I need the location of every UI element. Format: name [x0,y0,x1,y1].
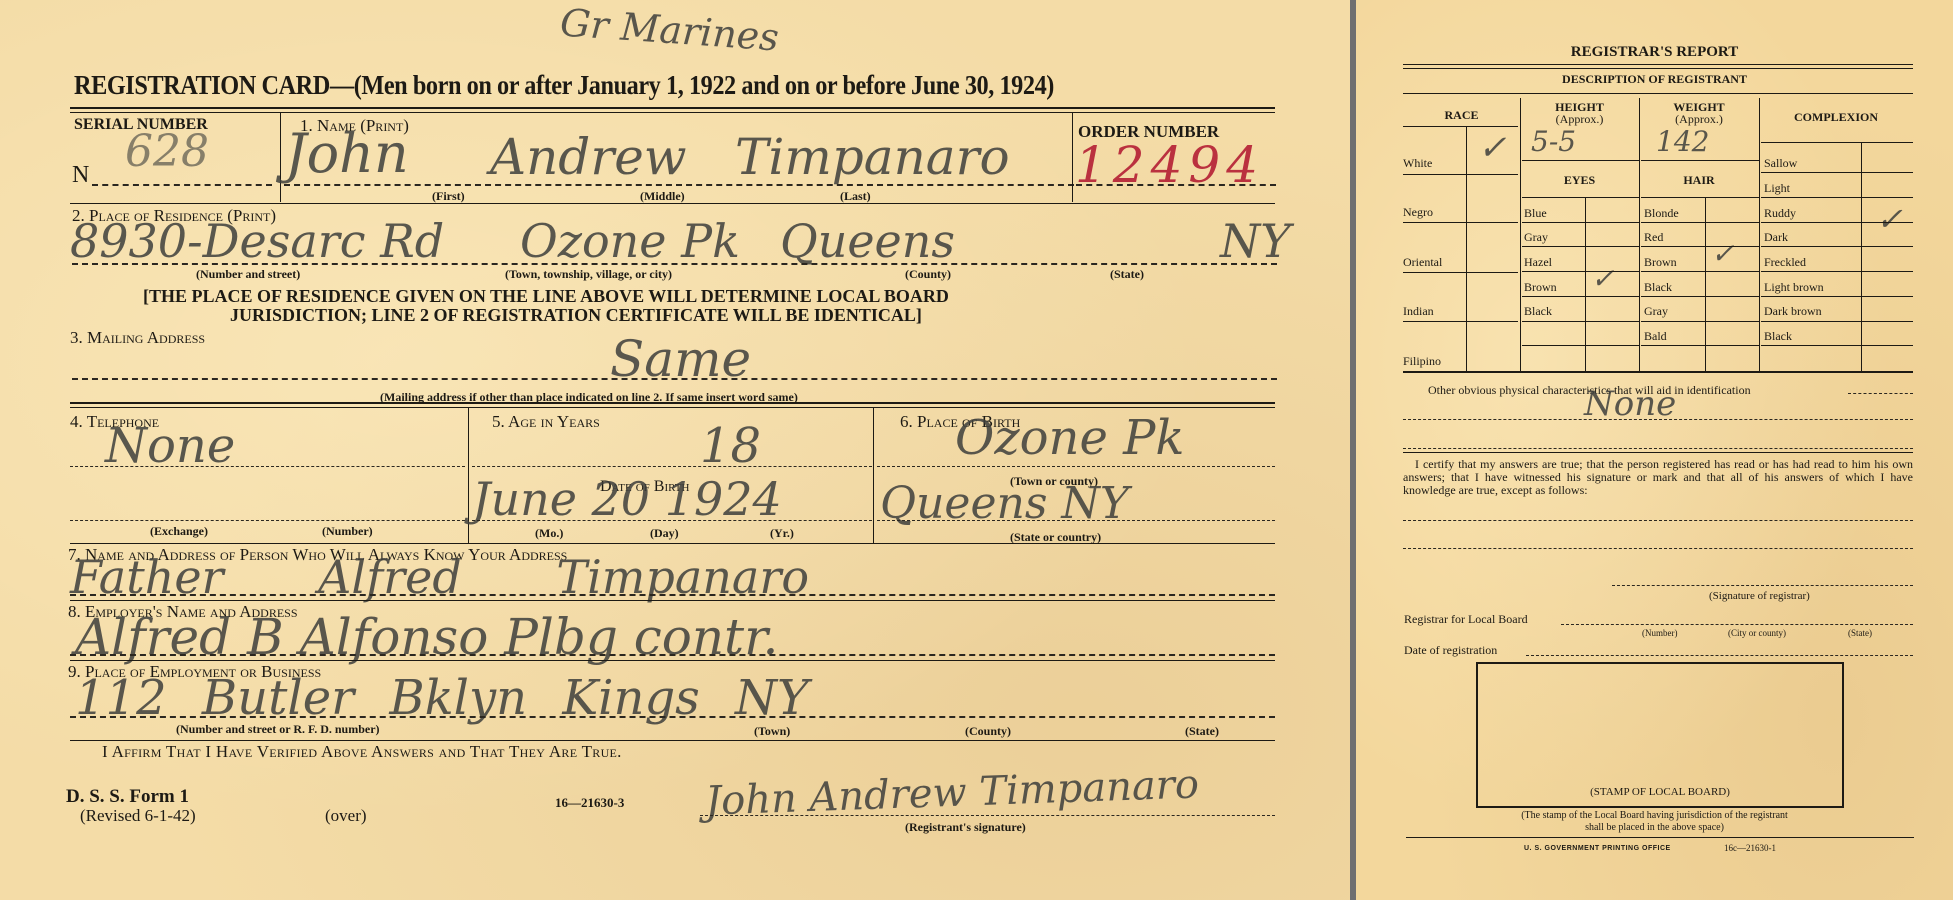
age-label: 5. Age in Years [492,412,600,432]
date-registration-label: Date of registration [1404,643,1497,658]
sub-exchange: (Exchange) [150,524,208,539]
hair-brown: Brown [1644,255,1677,270]
complexion-black: Black [1764,329,1792,344]
sub-day: (Day) [650,526,679,541]
residence-notice-1: [THE PLACE OF RESIDENCE GIVEN ON THE LIN… [143,286,949,307]
complexion-freckled: Freckled [1764,255,1806,270]
complexion-light: Light [1764,181,1790,196]
sub-street: (Number and street) [196,267,300,282]
complexion-dark: Dark [1764,230,1788,245]
race-check-icon[interactable]: ✓ [1478,128,1507,168]
complexion-dark-brown: Dark brown [1764,304,1822,319]
local-board-label: Registrar for Local Board [1404,612,1528,627]
affirmation-text: I Affirm That I Have Verified Above Answ… [102,742,622,762]
form-over: (over) [325,806,367,826]
sub-first: (First) [432,189,465,204]
birthplace-state[interactable]: Queens NY [880,478,1129,529]
hair-bald: Bald [1644,329,1667,344]
other-characteristics-value[interactable]: None [1584,384,1676,424]
race-indian: Indian [1403,304,1434,319]
certification-text: I certify that my answers are true; that… [1403,458,1913,497]
hair-check-icon[interactable]: ✓ [1711,237,1734,270]
printer-code: 16c—21630-1 [1724,843,1776,853]
race-oriental: Oriental [1403,255,1442,270]
sub-county: (County) [905,267,951,282]
form-revised: (Revised 6-1-42) [80,806,196,826]
complexion-sallow: Sallow [1764,156,1797,171]
residence-notice-2: JURISDICTION; LINE 2 OF REGISTRATION CER… [230,305,922,326]
mailing-label: 3. Mailing Address [70,328,205,348]
hair-blonde: Blonde [1644,206,1679,221]
race-filipino: Filipino [1403,354,1441,369]
sub-middle: (Middle) [640,189,685,204]
sub-board-number: (Number) [1642,628,1678,638]
complexion-ruddy: Ruddy [1764,206,1796,221]
eyes-hazel: Hazel [1524,255,1552,270]
name-first[interactable]: John [285,122,409,185]
sub-number: (Number) [322,524,373,539]
signature-sub: (Registrant's signature) [905,820,1026,835]
stamp-box: (STAMP OF LOCAL BOARD) [1476,662,1844,808]
sub-emp-town: (Town) [754,724,790,739]
weight-value[interactable]: 142 [1656,125,1709,158]
hair-black: Black [1644,280,1672,295]
registration-card-front: Gr Marines REGISTRATION CARD—(Men born o… [0,0,1350,900]
race-white: White [1403,156,1432,171]
hair-red: Red [1644,230,1663,245]
complexion-header: COMPLEXION [1759,110,1913,125]
complexion-check-icon[interactable]: ✓ [1876,200,1903,238]
race-header: RACE [1403,108,1520,123]
serial-number-value[interactable]: 628 [125,126,209,177]
eyes-check-icon[interactable]: ✓ [1591,262,1614,295]
sub-emp-county: (County) [965,724,1011,739]
sub-mo: (Mo.) [535,526,563,541]
race-negro: Negro [1403,205,1433,220]
eyes-gray: Gray [1524,230,1548,245]
sub-emp-street: (Number and street or R. F. D. number) [176,722,380,737]
sub-board-state: (State) [1848,628,1872,638]
name-middle[interactable]: Andrew [490,128,687,186]
birthplace-town[interactable]: Ozone Pk [955,410,1185,466]
eyes-blue: Blue [1524,206,1547,221]
sub-last: (Last) [840,189,871,204]
complexion-light-brown: Light brown [1764,280,1824,295]
printer-name: U. S. GOVERNMENT PRINTING OFFICE [1524,845,1671,852]
eyes-header: EYES [1520,173,1639,188]
handwritten-annotation: Gr Marines [559,0,780,59]
sub-yr: (Yr.) [770,526,794,541]
card-title: REGISTRATION CARD—(Men born on or after … [74,70,1054,101]
hair-gray: Gray [1644,304,1668,319]
stamp-label: (STAMP OF LOCAL BOARD) [1478,786,1842,798]
report-title: REGISTRAR'S REPORT [1356,44,1953,61]
stamp-note-2: shall be placed in the above space) [1356,822,1953,833]
residence-county[interactable]: Queens [780,214,955,268]
dob-value[interactable]: June 20 1924 [472,472,782,526]
height-value[interactable]: 5-5 [1531,125,1576,158]
sub-state: (State) [1110,267,1144,282]
sub-board-city: (City or county) [1728,628,1786,638]
registrar-signature-sub: (Signature of registrar) [1709,590,1810,602]
hair-header: HAIR [1639,173,1759,188]
name-last[interactable]: Timpanaro [735,128,1010,186]
form-name: D. S. S. Form 1 [66,786,189,808]
eyes-brown: Brown [1524,280,1557,295]
eyes-black: Black [1524,304,1552,319]
residence-town[interactable]: Ozone Pk [520,214,740,268]
serial-prefix: N [72,162,89,189]
sub-town: (Town, township, village, or city) [505,267,672,282]
stamp-note-1: (The stamp of the Local Board having jur… [1356,810,1953,821]
registrars-report-back: REGISTRAR'S REPORT DESCRIPTION OF REGIST… [1356,0,1953,900]
employer-value[interactable]: Alfred B Alfonso Plbg contr. [75,608,778,666]
report-subtitle: DESCRIPTION OF REGISTRANT [1356,72,1953,87]
residence-street[interactable]: 8930-Desarc Rd [70,214,444,268]
form-code: 16—21630-3 [555,795,624,811]
residence-state[interactable]: NY [1220,214,1291,268]
sub-emp-state: (State) [1185,724,1219,739]
